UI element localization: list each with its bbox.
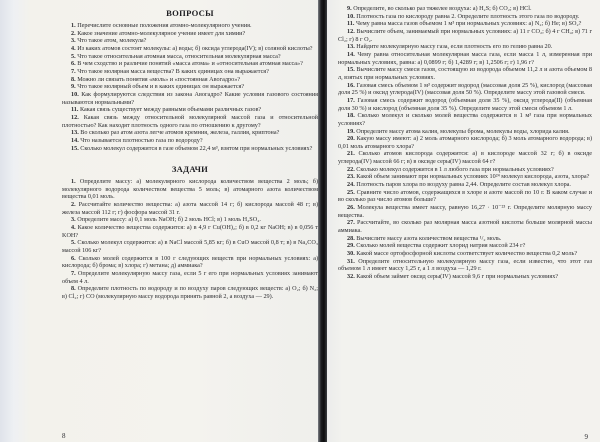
- task-item: 26. Молекула вещества имеет массу, равну…: [338, 204, 592, 219]
- right-page: 9. Определите, во сколько раз тяжелее во…: [322, 0, 600, 442]
- task-item: 2. Рассчитайте количество вещества: а) а…: [62, 201, 318, 216]
- tasks-list-right: 9. Определите, во сколько раз тяжелее во…: [338, 5, 592, 281]
- book-spine: [318, 0, 327, 442]
- task-item: 22. Сколько молекул содержится в 1 л люб…: [338, 166, 592, 174]
- tasks-heading: ЗАДАЧИ: [62, 164, 318, 174]
- task-item: 13. Найдите молекулярную массу газа, есл…: [338, 43, 592, 51]
- question-item: 6. В чем сходство и различие понятий «ма…: [62, 60, 318, 68]
- task-item: 29. Сколько молей вещества содержит хлор…: [338, 242, 592, 250]
- left-page: ВОПРОСЫ 1. Перечислите основные положени…: [0, 0, 322, 442]
- task-item: 19. Определите массу атома калия, молеку…: [338, 128, 592, 136]
- task-item: 25. Сравните число атомов, содержащихся …: [338, 189, 592, 204]
- task-item: 23. Какой объем занимают при нормальных …: [338, 173, 592, 181]
- page-number-right: 9: [585, 433, 589, 441]
- questions-heading: ВОПРОСЫ: [62, 8, 318, 18]
- task-item: 9. Определите, во сколько раз тяжелее во…: [338, 5, 592, 13]
- question-item: 15. Сколько молекул содержится в газе об…: [62, 145, 318, 153]
- task-item: 12. Вычислите объем, занимаемый при норм…: [338, 28, 592, 43]
- task-item: 27. Рассчитайте, во сколько раз молярная…: [338, 219, 592, 234]
- task-item: 5. Сколько молекул содержится: а) в NaCl…: [62, 239, 318, 254]
- task-item: 14. Чему равна относительная молекулярна…: [338, 51, 592, 66]
- task-item: 8. Определите плотность по водороду и по…: [62, 285, 318, 300]
- question-item: 14. Что называется плотностью газа по во…: [62, 137, 318, 145]
- questions-list: 1. Перечислите основные положения атомно…: [62, 22, 318, 152]
- task-item: 24. Плотность паров хлора по воздуху рав…: [338, 181, 592, 189]
- page-number-left: 8: [62, 432, 66, 440]
- question-item: 12. Какая связь между относительной моле…: [62, 114, 318, 129]
- task-item: 7. Определите молекулярную массу газа, е…: [62, 270, 318, 285]
- task-item: 32. Какой объем займет оксид серы(IV) ма…: [338, 273, 592, 281]
- question-item: 8. Можно ли связать понятия «моль» и «по…: [62, 76, 318, 84]
- task-item: 3. Определите массу: а) 0,1 моль NaOH; б…: [62, 216, 318, 224]
- question-item: 13. Во сколько раз атом азота легче атом…: [62, 129, 318, 137]
- book-spread: ВОПРОСЫ 1. Перечислите основные положени…: [0, 0, 600, 442]
- question-item: 11. Какая связь существует между равными…: [62, 106, 318, 114]
- task-item: 11. Чему равна масса газов объемом 1 м³ …: [338, 20, 592, 28]
- question-item: 10. Как формулируются следствия из закон…: [62, 91, 318, 106]
- task-item: 21. Сколько атомов кислорода содержится:…: [338, 150, 592, 165]
- question-item: 9. Что такое молярный объем и в каких ед…: [62, 83, 318, 91]
- question-item: 2. Какое значение атомно-молекулярное уч…: [62, 30, 318, 38]
- question-item: 4. Из каких атомов состоят молекулы: а) …: [62, 45, 318, 53]
- task-item: 18. Сколько молекул и сколько молей веще…: [338, 112, 592, 127]
- task-item: 15. Вычислите массу смеси газов, состоящ…: [338, 66, 592, 81]
- task-item: 30. Какой массе ортофосфорной кислоты со…: [338, 250, 592, 258]
- task-item: 31. Определите относительную молекулярну…: [338, 258, 592, 273]
- task-item: 6. Сколько молей содержится в 100 г след…: [62, 255, 318, 270]
- question-item: 3. Что такое атом, молекула?: [62, 37, 318, 45]
- task-item: 10. Плотность газа по кислороду равна 2.…: [338, 13, 592, 21]
- question-item: 5. Что такое относительная атомная масса…: [62, 53, 318, 61]
- question-item: 7. Что такое молярная масса вещества? В …: [62, 68, 318, 76]
- tasks-list-left: 1. Определите массу: а) молекулярного ки…: [62, 178, 318, 301]
- task-item: 28. Вычислите массу азота количеством ве…: [338, 235, 592, 243]
- question-item: 1. Перечислите основные положения атомно…: [62, 22, 318, 30]
- task-item: 1. Определите массу: а) молекулярного ки…: [62, 178, 318, 201]
- task-item: 16. Газовая смесь объемом 1 м³ содержит …: [338, 82, 592, 97]
- task-item: 20. Какую массу имеют: а) 2 моль атомарн…: [338, 135, 592, 150]
- task-item: 4. Какое количество вещества содержится:…: [62, 224, 318, 239]
- task-item: 17. Газовая смесь содержит водород (объе…: [338, 97, 592, 112]
